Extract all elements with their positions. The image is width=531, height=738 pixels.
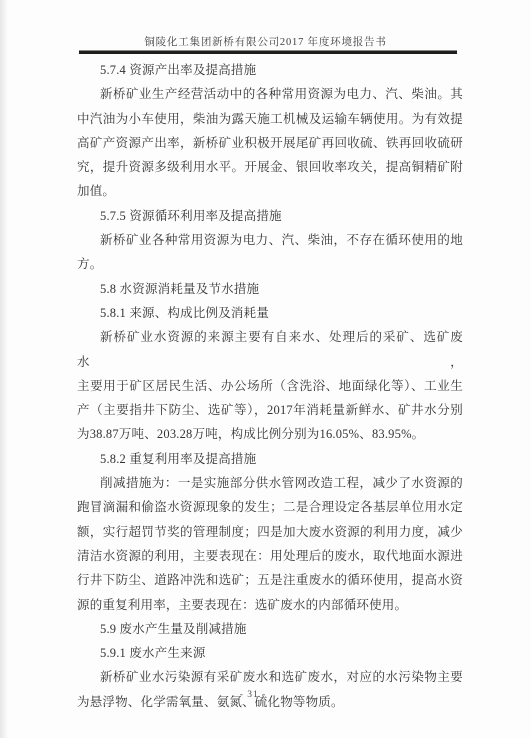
text-line: 跑冒滴漏和偷盗水资源现象的发生；二是合理设定各基层单位用水定 [77, 495, 463, 519]
text-line: 方。 [77, 252, 463, 276]
text-line: 源的重复利用率，主要表现在：选矿废水的内部循环使用。 [77, 593, 463, 617]
text-line: 清洁水资源的利用，主要表现在：用处理后的废水，取代地面水源进 [77, 544, 463, 568]
text-line: 新桥矿业生产经营活动中的各种常用资源为电力、汽、柴油。其 [77, 82, 463, 106]
text-line: 中汽油为小车使用，柴油为露天施工机械及运输车辆使用。为有效提 [77, 107, 463, 131]
text-line: 新桥矿业各种常用资源为电力、汽、柴油，不存在循环使用的地 [77, 228, 463, 252]
text-line: 为38.87万吨、203.28万吨，构成比例分别为16.05%、83.95%。 [77, 422, 463, 446]
section-heading: 5.8 水资源消耗量及节水措施 [77, 277, 463, 301]
section-heading: 5.9 废水产生量及削减措施 [77, 617, 463, 641]
section-heading: 5.8.2 重复利用率及提高措施 [77, 447, 463, 471]
text-line: 主要用于矿区居民生活、办公场所（含洗浴、地面绿化等）、工业生 [77, 374, 463, 398]
page-number: - 31 - [240, 690, 267, 700]
section-heading: 5.8.1 来源、构成比例及消耗量 [77, 301, 463, 325]
section-heading: 5.9.1 废水产生来源 [77, 641, 463, 665]
text-line: 额，实行超罚节奖的管理制度；四是加大废水资源的利用力度，减少 [77, 520, 463, 544]
header-rule [79, 50, 457, 54]
section-heading: 5.7.5 资源循环利用率及提高措施 [77, 204, 463, 228]
text-line: 新桥矿业水资源的来源主要有自来水、处理后的采矿、选矿废水， [77, 325, 463, 374]
text-line: 削减措施为：一是实施部分供水管网改造工程，减少了水资源的 [77, 471, 463, 495]
text-line: 加值。 [77, 179, 463, 203]
section-heading: 5.7.4 资源产出率及提高措施 [77, 58, 463, 82]
scan-edge-shadow [0, 0, 8, 738]
document-body: 5.7.4 资源产出率及提高措施新桥矿业生产经营活动中的各种常用资源为电力、汽、… [77, 58, 463, 714]
text-line: 行井下防尘、道路冲洗和选矿；五是注重废水的循环使用，提高水资 [77, 568, 463, 592]
page-footer: - 31 - [0, 690, 506, 700]
text-line: 高矿产资源产出率，新桥矿业积极开展尾矿再回收硫、铁再回收硫研 [77, 131, 463, 155]
document-page: 铜陵化工集团新桥有限公司2017 年度环境报告书 5.7.4 资源产出率及提高措… [0, 0, 531, 738]
header-title: 铜陵化工集团新桥有限公司2017 年度环境报告书 [0, 34, 531, 49]
text-line: 产（主要指井下防尘、选矿等），2017年消耗量新鲜水、矿井水分别 [77, 398, 463, 422]
text-line: 新桥矿业水污染源有采矿废水和选矿废水，对应的水污染物主要 [77, 665, 463, 689]
text-line: 究，提升资源多级利用水平。开展金、银回收率攻关，提高铜精矿附 [77, 155, 463, 179]
